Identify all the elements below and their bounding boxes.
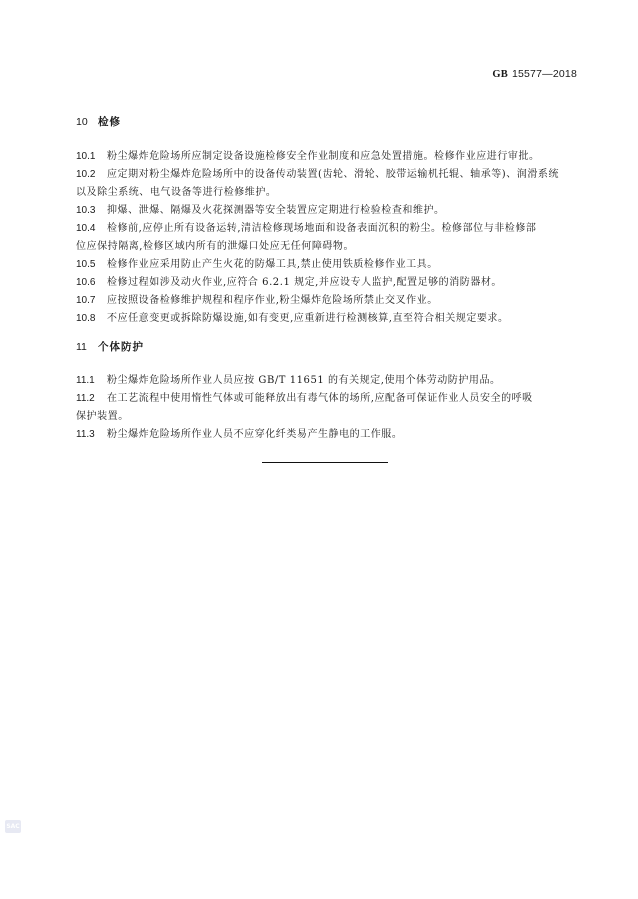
sac-watermark-logo: SAC [5, 820, 21, 833]
clause-10-7: 10.7应按照设备检修维护规程和程序作业,粉尘爆炸危险场所禁止交叉作业。 [76, 292, 576, 311]
clause-text: 不应任意变更或拆除防爆设施,如有变更,应重新进行检测核算,直至符合相关规定要求。 [107, 313, 509, 324]
clause-10-8: 10.8不应任意变更或拆除防爆设施,如有变更,应重新进行检测核算,直至符合相关规… [76, 310, 576, 329]
section-number: 11 [76, 340, 98, 354]
clause-10-3: 10.3抑爆、泄爆、隔爆及火花探测器等安全装置应定期进行检验检查和维护。 [76, 202, 576, 221]
clause-number: 10.8 [76, 310, 107, 329]
clause-text: 位应保持隔离,检修区域内所有的泄爆口处应无任何障碍物。 [76, 241, 354, 252]
clause-11-1: 11.1粉尘爆炸危险场所作业人员应按 GB/T 11651 的有关规定,使用个体… [76, 372, 576, 391]
clause-text: 粉尘爆炸危险场所作业人员应按 GB/T 11651 的有关规定,使用个体劳动防护… [107, 375, 501, 386]
clause-number: 10.1 [76, 148, 107, 167]
clause-text: 在工艺流程中使用惰性气体或可能释放出有毒气体的场所,应配备可保证作业人员安全的呼… [107, 393, 533, 404]
clause-text: 粉尘爆炸危险场所应制定设备设施检修安全作业制度和应急处置措施。检修作业应进行审批… [107, 151, 540, 162]
clause-number: 10.5 [76, 256, 107, 275]
section-title: 个体防护 [98, 341, 144, 353]
clause-number: 10.4 [76, 220, 107, 239]
clause-10-2-continuation: 以及除尘系统、电气设备等进行检修维护。 [76, 184, 576, 203]
clause-11-3: 11.3粉尘爆炸危险场所作业人员不应穿化纤类易产生静电的工作服。 [76, 426, 576, 445]
clause-number: 11.3 [76, 426, 107, 445]
clause-10-1: 10.1粉尘爆炸危险场所应制定设备设施检修安全作业制度和应急处置措施。检修作业应… [76, 148, 576, 167]
clause-text: 抑爆、泄爆、隔爆及火花探测器等安全装置应定期进行检验检查和维护。 [107, 205, 445, 216]
standard-prefix: GB [492, 69, 508, 80]
clause-text: 应按照设备检修维护规程和程序作业,粉尘爆炸危险场所禁止交叉作业。 [107, 295, 438, 306]
clause-number: 10.7 [76, 292, 107, 311]
end-of-document-rule [262, 462, 388, 463]
clause-number: 11.1 [76, 372, 107, 391]
section-heading-11: 11个体防护 [76, 340, 144, 354]
standard-number: 15577—2018 [512, 68, 577, 80]
clause-10-6: 10.6检修过程如涉及动火作业,应符合 6.2.1 规定,并应设专人监护,配置足… [76, 274, 576, 293]
section-number: 10 [76, 115, 98, 129]
clause-number: 11.2 [76, 390, 107, 409]
clause-10-5: 10.5检修作业应采用防止产生火花的防爆工具,禁止使用铁质检修作业工具。 [76, 256, 576, 275]
clause-11-2: 11.2在工艺流程中使用惰性气体或可能释放出有毒气体的场所,应配备可保证作业人员… [76, 390, 576, 409]
clause-number: 10.3 [76, 202, 107, 221]
standard-code-header: GB15577—2018 [492, 68, 577, 80]
clause-10-4: 10.4检修前,应停止所有设备运转,清洁检修现场地面和设备表面沉积的粉尘。检修部… [76, 220, 576, 239]
section-heading-10: 10检修 [76, 115, 121, 129]
clause-number: 10.2 [76, 166, 107, 185]
clause-text: 粉尘爆炸危险场所作业人员不应穿化纤类易产生静电的工作服。 [107, 429, 402, 440]
clause-text: 以及除尘系统、电气设备等进行检修维护。 [76, 187, 276, 198]
clause-10-2: 10.2应定期对粉尘爆炸危险场所中的设备传动装置(齿轮、滑轮、胶带运输机托辊、轴… [76, 166, 576, 185]
clause-number: 10.6 [76, 274, 107, 293]
clause-text: 检修过程如涉及动火作业,应符合 6.2.1 规定,并应设专人监护,配置足够的消防… [107, 277, 502, 288]
clause-text: 保护装置。 [76, 411, 129, 422]
clause-text: 应定期对粉尘爆炸危险场所中的设备传动装置(齿轮、滑轮、胶带运输机托辊、轴承等)、… [107, 169, 559, 180]
clause-11-2-continuation: 保护装置。 [76, 408, 576, 427]
clause-10-4-continuation: 位应保持隔离,检修区域内所有的泄爆口处应无任何障碍物。 [76, 238, 576, 257]
clause-text: 检修前,应停止所有设备运转,清洁检修现场地面和设备表面沉积的粉尘。检修部位与非检… [107, 223, 536, 234]
section-title: 检修 [98, 116, 121, 128]
clause-text: 检修作业应采用防止产生火花的防爆工具,禁止使用铁质检修作业工具。 [107, 259, 438, 270]
